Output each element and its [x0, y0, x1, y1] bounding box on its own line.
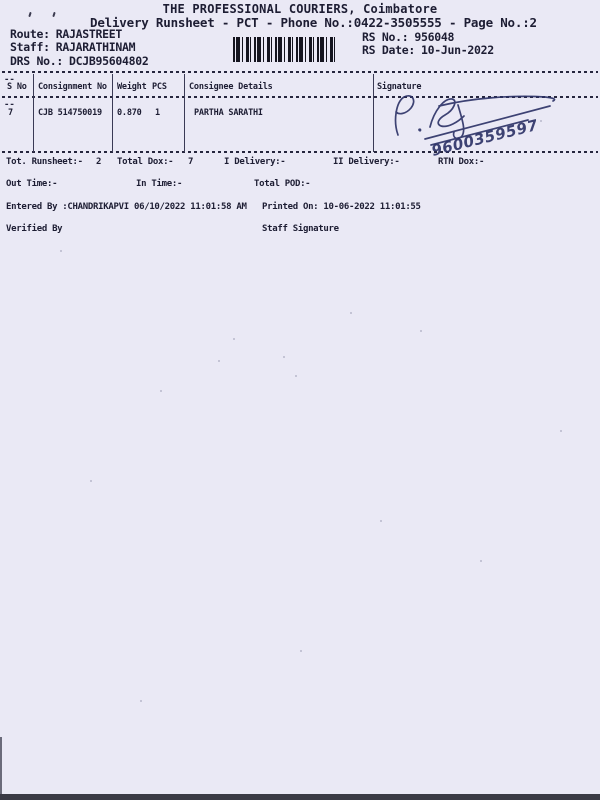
scan-speck	[218, 360, 220, 362]
total-pod-label: Total POD:-	[254, 179, 310, 189]
table-column-divider	[112, 74, 113, 152]
i-delivery-label: I Delivery:-	[224, 157, 285, 167]
total-dox-value: 7	[188, 157, 193, 167]
verified-by-label: Verified By	[6, 224, 62, 234]
col-header-pcs: PCS	[152, 82, 167, 92]
scan-speck	[295, 375, 297, 377]
in-time-label: In Time:-	[136, 179, 182, 189]
row-weight: 0.870	[117, 108, 142, 118]
scan-speck	[540, 120, 542, 122]
staff-value: RAJARATHINAM	[56, 40, 135, 54]
out-time-label: Out Time:-	[6, 179, 57, 189]
signature-stroke	[439, 96, 555, 106]
staff-signature-label: Staff Signature	[262, 224, 339, 234]
row-s-no: 7	[8, 108, 13, 118]
staff-label: Staff:	[10, 40, 50, 54]
row-consignee: PARTHA SARATHI	[194, 108, 263, 118]
ii-delivery-label: II Delivery:-	[333, 157, 400, 167]
scan-speck	[420, 330, 422, 332]
rs-date-label: RS Date:	[362, 43, 415, 57]
dashed-separator	[2, 71, 598, 73]
scan-speck	[90, 480, 92, 482]
scan-speck	[283, 356, 285, 358]
scan-speck	[140, 700, 142, 702]
drs-label: DRS No.:	[10, 54, 63, 68]
table-column-divider	[184, 74, 185, 152]
signature-stroke	[430, 99, 464, 127]
rtn-dox-label: RTN Dox:-	[438, 157, 484, 167]
barcode	[233, 37, 336, 62]
signature-stroke	[396, 96, 414, 135]
route-line: Route:RAJASTREET	[10, 27, 122, 41]
rs-no-label: RS No.:	[362, 30, 408, 44]
scan-edge-artifact	[0, 737, 2, 800]
total-dox-label: Total Dox:-	[117, 157, 173, 167]
handwritten-signature: 9600359597	[376, 86, 568, 160]
rs-number-line: RS No.:956048	[362, 30, 454, 44]
runsheet-scanned-document: THE PROFESSIONAL COURIERS, Coimbatore De…	[0, 0, 600, 800]
printed-on-line: Printed On: 10-06-2022 11:01:55	[262, 202, 421, 212]
col-header-consignment-no: Consignment No	[38, 82, 107, 92]
scan-speck	[160, 390, 162, 392]
col-header-consignee-details: Consignee Details	[189, 82, 273, 92]
tot-runsheet-value: 2	[96, 157, 101, 167]
tot-runsheet-label: Tot. Runsheet:-	[6, 157, 83, 167]
row-pcs: 1	[155, 108, 160, 118]
scan-speck	[300, 650, 302, 652]
table-column-divider	[373, 74, 374, 152]
company-title: THE PROFESSIONAL COURIERS, Coimbatore	[0, 2, 600, 16]
drs-number-line: DRS No.:DCJB95604802	[10, 54, 148, 68]
row-consignment-no: CJB 514750019	[38, 108, 102, 118]
scan-speck	[350, 312, 352, 314]
scan-speck	[480, 560, 482, 562]
col-header-s-no: S No	[7, 82, 27, 92]
drs-value: DCJB95604802	[69, 54, 148, 68]
signature-stroke	[419, 129, 421, 131]
col-header-weight: Weight	[117, 82, 147, 92]
scan-speck	[380, 520, 382, 522]
rs-date-value: 10-Jun-2022	[421, 43, 494, 57]
rs-no-value: 956048	[414, 30, 454, 44]
scan-bottom-edge	[0, 794, 600, 800]
scan-speck	[233, 338, 235, 340]
table-column-divider	[33, 74, 34, 152]
rs-date-line: RS Date:10-Jun-2022	[362, 43, 494, 57]
route-value: RAJASTREET	[56, 27, 122, 41]
scan-speck	[560, 430, 562, 432]
entered-by-line: Entered By :CHANDRIKAPVI 06/10/2022 11:0…	[6, 202, 247, 212]
route-label: Route:	[10, 27, 50, 41]
staff-line: Staff:RAJARATHINAM	[10, 40, 135, 54]
scan-speck	[60, 250, 62, 252]
document-subtitle: Delivery Runsheet - PCT - Phone No.:0422…	[90, 15, 537, 30]
